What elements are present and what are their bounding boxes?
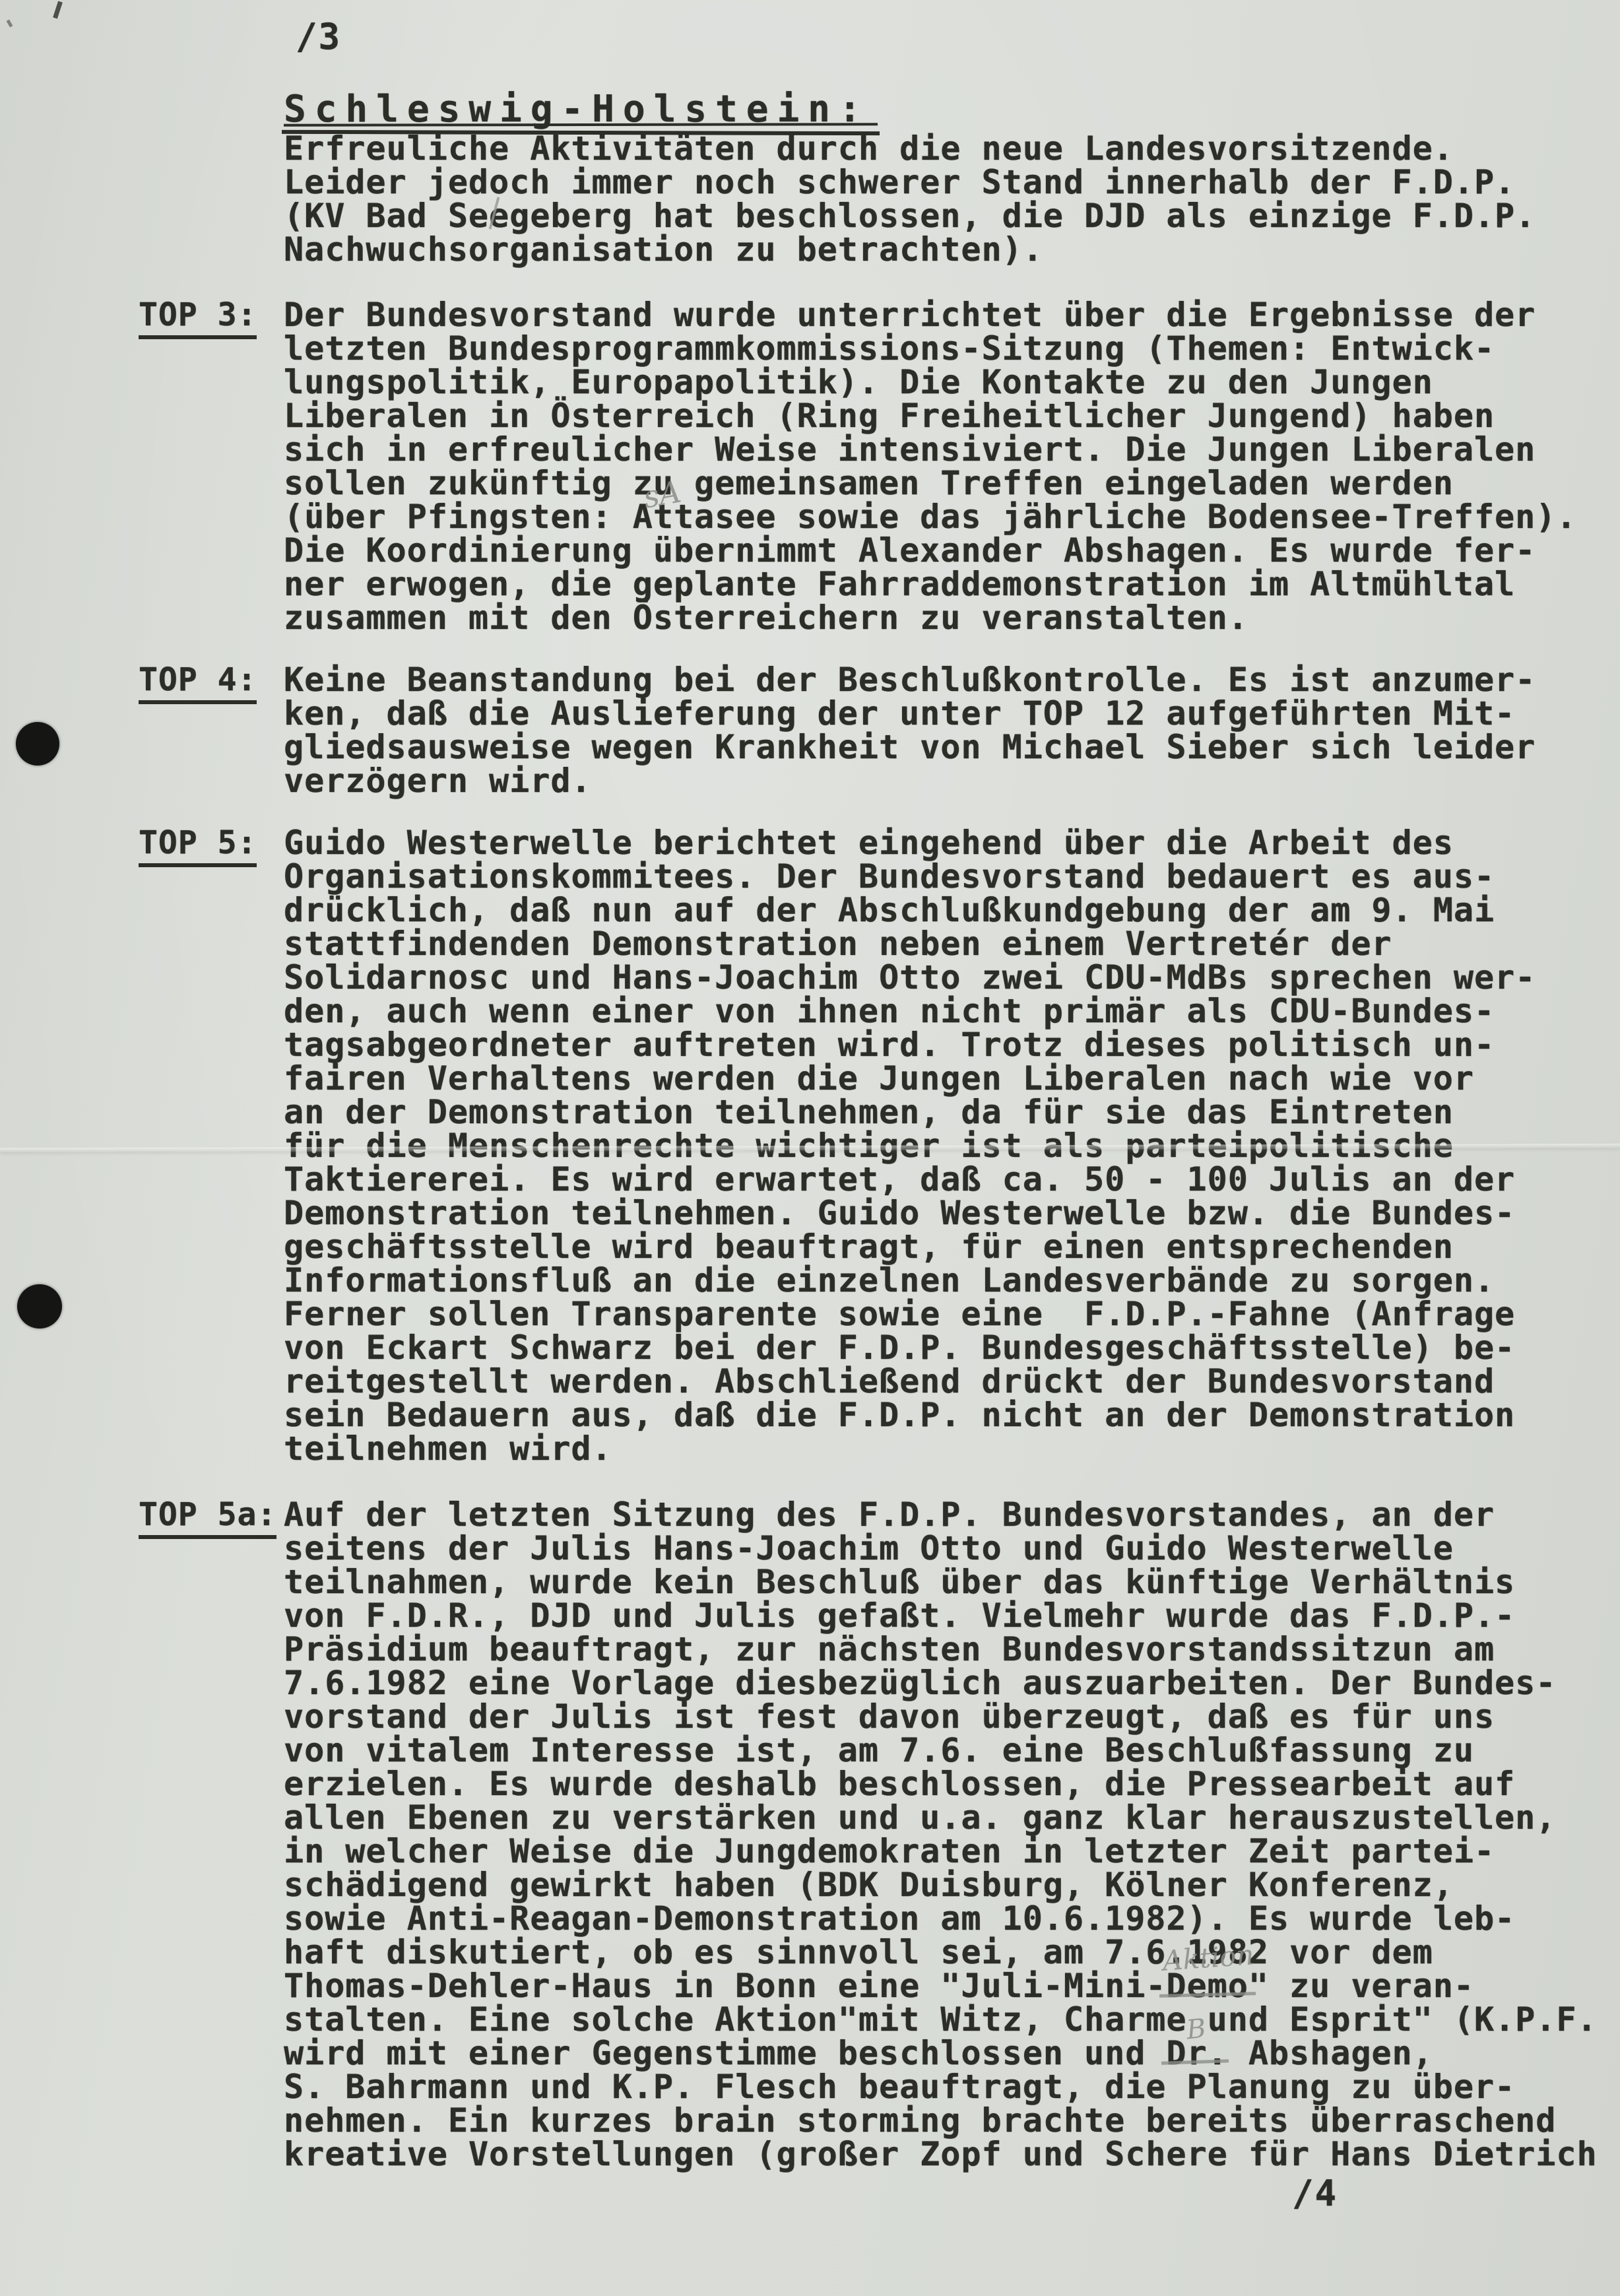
page-number-top: /3 (296, 16, 341, 57)
paragraph: Erfreuliche Aktivitäten durch die neue L… (284, 132, 1536, 267)
section-heading: Schleswig-Holstein: (284, 92, 870, 126)
top-5a-label: TOP 5a: (139, 1498, 276, 1539)
pencil-note-aktion: Aktion (1161, 1938, 1255, 1977)
top-4-label: TOP 4: (139, 663, 257, 704)
paragraph: Keine Beanstandung bei der Beschlußkontr… (284, 663, 1536, 798)
pencil-note-attasee: sA (641, 473, 684, 515)
page-number-bottom: /4 (1292, 2173, 1338, 2214)
pencil-note-dr: B (1185, 2014, 1208, 2046)
top-5-label: TOP 5: (139, 826, 257, 867)
hole-punch-top (16, 722, 59, 766)
document-page: /3 Schleswig-Holstein: Erfreuliche Aktiv… (0, 0, 1620, 2296)
top-3-label: TOP 3: (139, 298, 257, 339)
paragraph: Der Bundesvorstand wurde unterrichtet üb… (284, 298, 1576, 635)
scan-artifact (53, 1, 63, 19)
hole-punch-bottom (17, 1284, 62, 1328)
scan-artifact (7, 19, 13, 27)
paragraph: Auf der letzten Sitzung des F.D.P. Bunde… (284, 1498, 1598, 2171)
